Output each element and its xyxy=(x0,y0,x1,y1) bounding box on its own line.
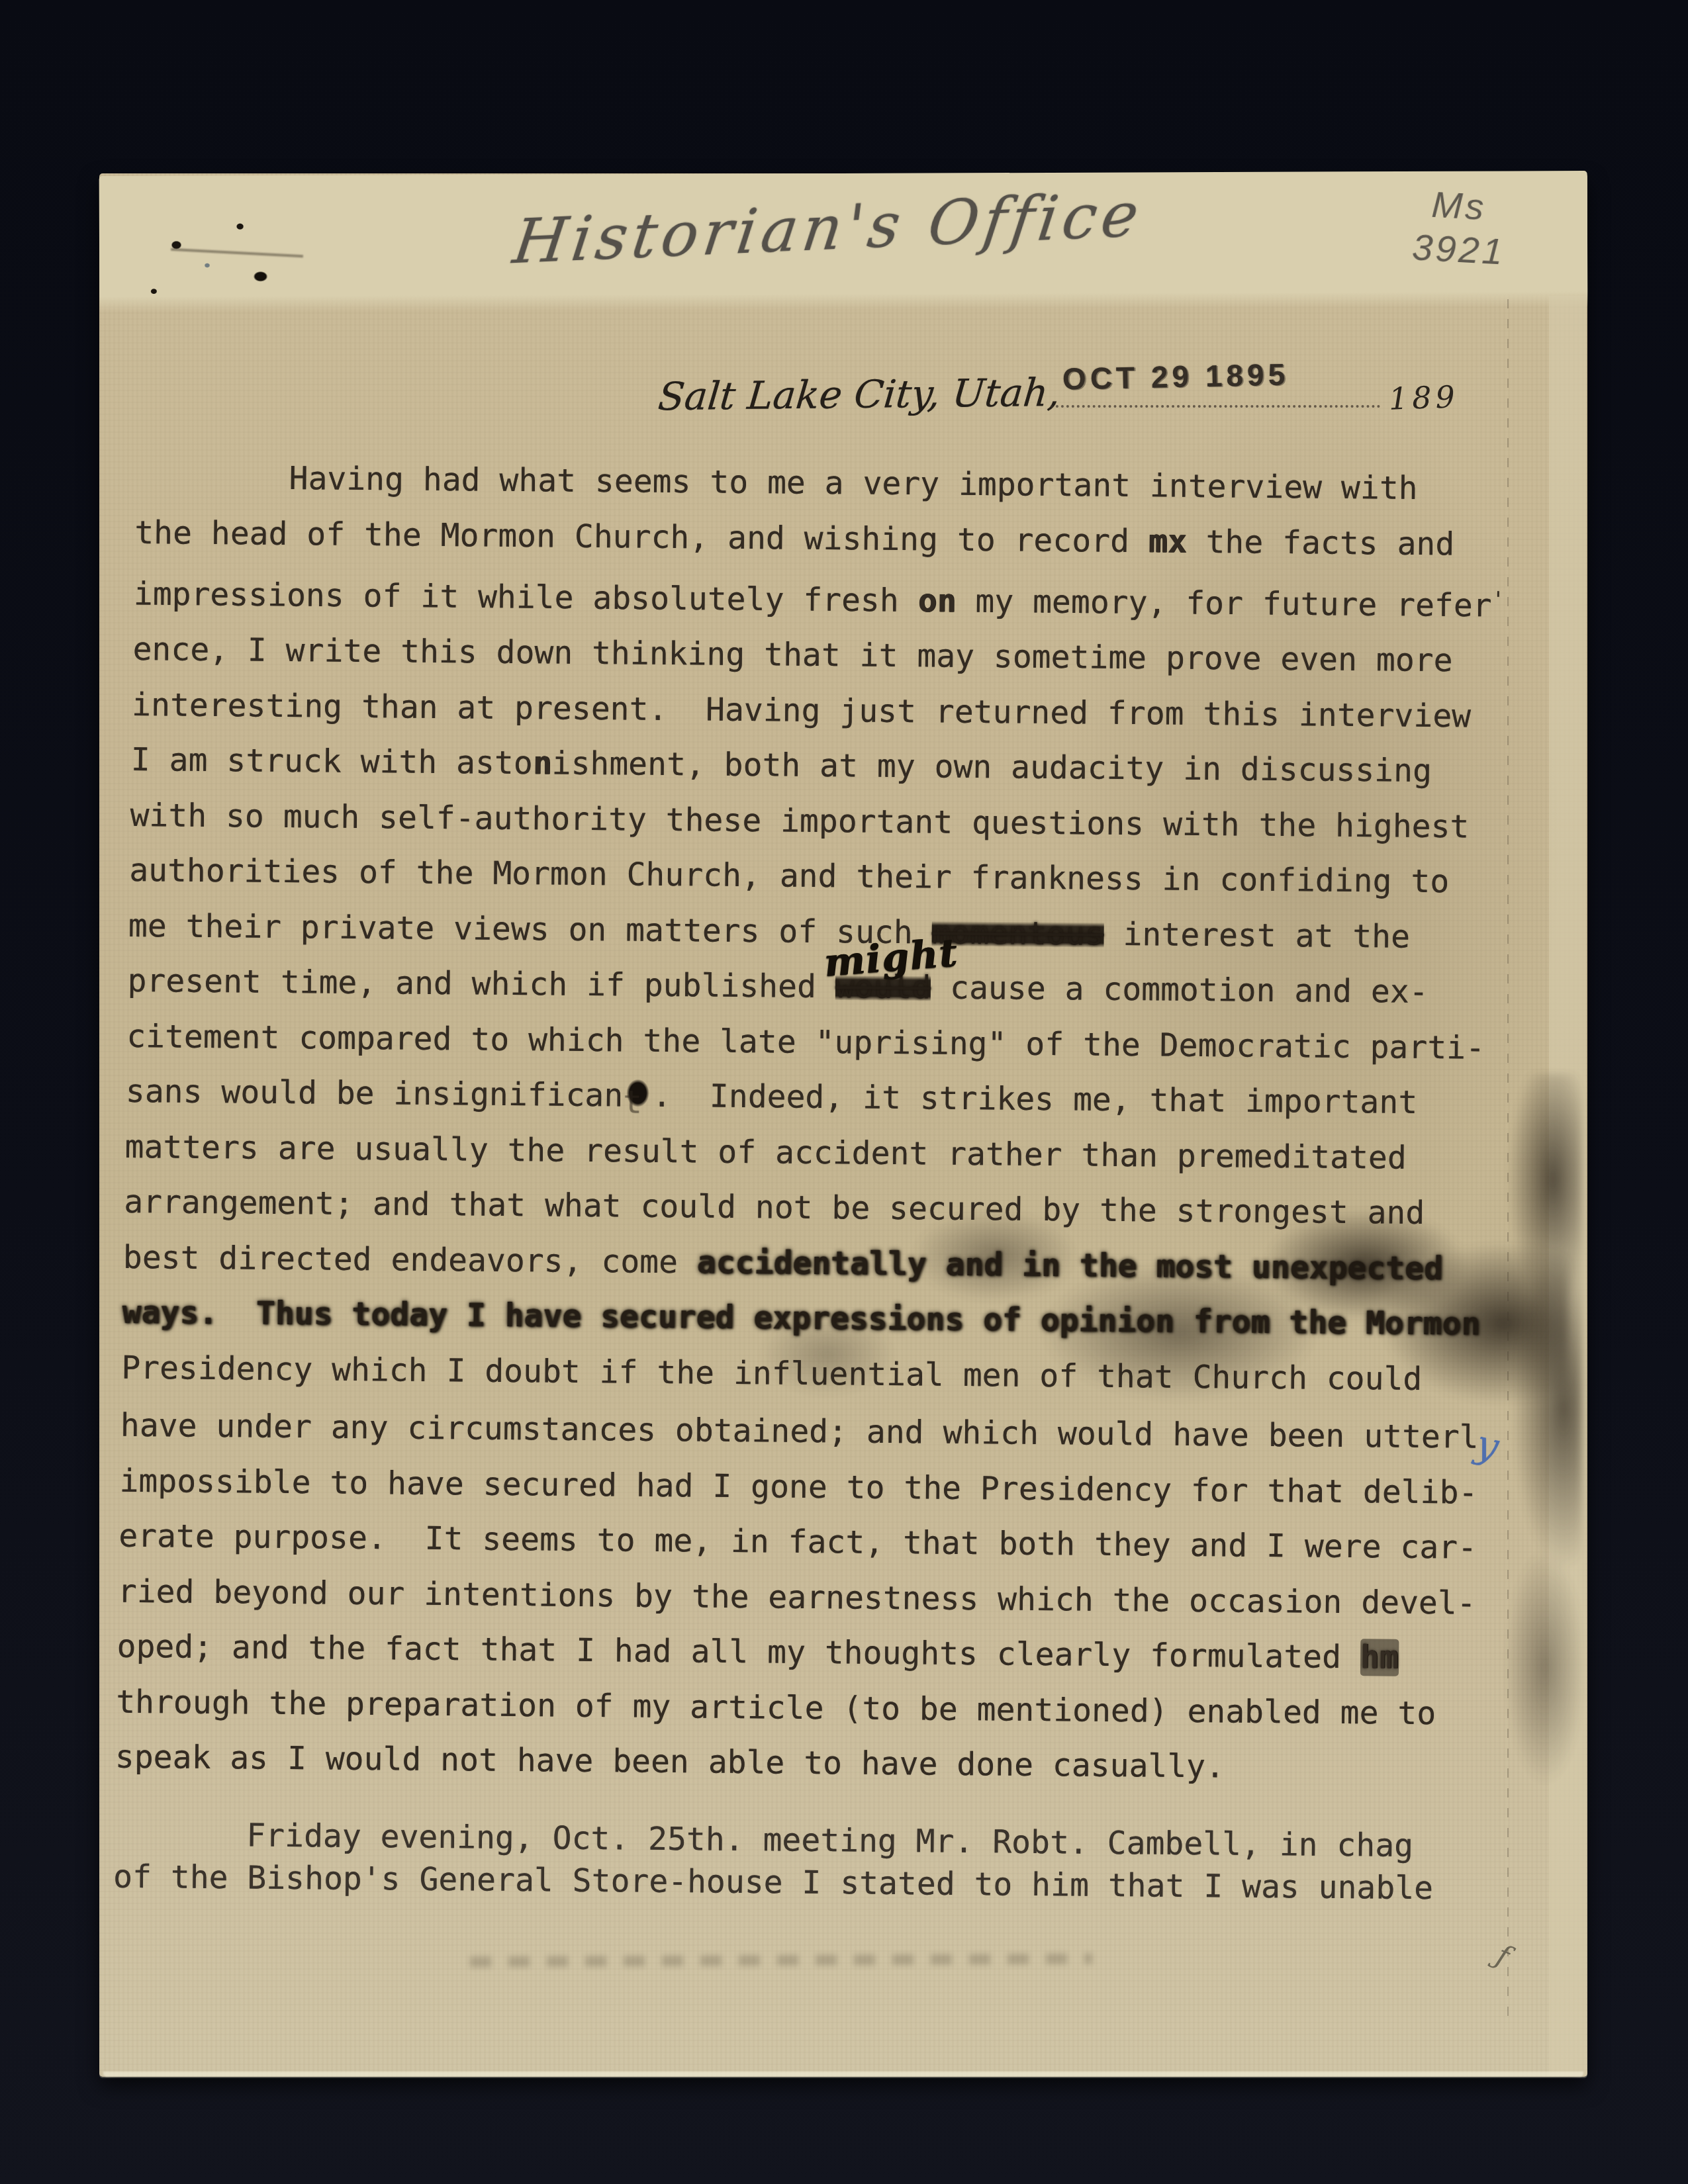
typed-segment: on xyxy=(917,582,956,620)
typed-segment: through the preparation of my article (t… xyxy=(116,1683,1436,1731)
typed-segment: Presidency which I doubt if the influent… xyxy=(121,1349,1423,1397)
handwritten-correction: might xyxy=(821,925,960,991)
typed-segment: speak as I would not have been able to h… xyxy=(115,1739,1225,1786)
typed-segment: sans would be insignifican xyxy=(126,1073,624,1115)
typed-segment: interest at the xyxy=(1103,915,1410,955)
archive-number-label: Ms xyxy=(1413,181,1509,230)
typed-segment: ' xyxy=(1492,588,1505,612)
typed-segment: matters are usually the result of accide… xyxy=(124,1128,1407,1176)
typed-segment: Friday evening, Oct. 25th. meeting Mr. R… xyxy=(246,1817,1413,1864)
typed-segment: cause a commotion and ex- xyxy=(931,970,1429,1011)
typed-segment: citement compared to which the late "upr… xyxy=(126,1018,1485,1067)
scan-background: { "header": { "handwriting": "Historian'… xyxy=(0,0,1688,2184)
typed-segment: me their private views on matters of suc… xyxy=(128,907,932,952)
typed-segment: of the Bishop's General Store-house I st… xyxy=(113,1858,1433,1906)
typed-segment: impossible to have secured had I gone to… xyxy=(119,1462,1477,1511)
letterhead-year-prefix: 189 xyxy=(1388,379,1460,417)
archive-number: Ms 3921 xyxy=(1411,181,1509,273)
typed-segment: the head of the Mormon Church, and wishi… xyxy=(134,514,1149,559)
typed-segment: interesting than at present. Having just… xyxy=(132,686,1471,735)
document-page: Historian's Office Ms 3921 Salt Lake Cit… xyxy=(99,173,1587,2077)
typed-segment: I am struck with asto xyxy=(131,741,533,782)
typed-segment: mx xyxy=(1149,523,1187,561)
typed-segment: n xyxy=(533,745,552,782)
typed-segment: t xyxy=(623,1075,652,1111)
typed-segment: wouldmight xyxy=(835,968,931,1006)
typed-segment: authorities of the Mormon Church, and th… xyxy=(129,852,1449,900)
date-stamp: OCT 29 1895 xyxy=(1062,356,1289,396)
typed-segment: oped; and the fact that I had all my tho… xyxy=(117,1628,1360,1676)
pencil-squiggle: ƒ xyxy=(1491,1938,1514,1974)
typed-segment: arrangement; and that what could not be … xyxy=(124,1183,1425,1232)
typed-segment: accidentally and in the most unexpected xyxy=(697,1244,1443,1287)
typed-segment: ried beyond our intentions by the earnes… xyxy=(118,1572,1476,1621)
typed-segment: the facts and xyxy=(1186,523,1454,563)
archive-number-value: 3921 xyxy=(1411,225,1507,273)
typed-segment: . Indeed, it strikes me, that important xyxy=(652,1077,1417,1121)
typed-segment: my memory, for future refer xyxy=(956,582,1492,624)
typed-segment: best directed endeavors, come xyxy=(123,1238,697,1281)
typed-segment: momentous xyxy=(931,914,1104,952)
typed-segment: ence, I write this down thinking that it… xyxy=(132,631,1452,679)
typed-segment: present time, and which if published xyxy=(127,962,835,1005)
fold-line xyxy=(1507,299,1509,2020)
typed-segment: hm xyxy=(1360,1639,1399,1676)
typed-segment: ways. Thus today I have secured expressi… xyxy=(122,1294,1480,1343)
typed-body: Having had what seems to me a very impor… xyxy=(123,450,1552,1910)
typed-segment: have under any circumstances obtained; a… xyxy=(120,1407,1479,1456)
typed-segment: with so much self-authority these import… xyxy=(130,797,1469,846)
typed-segment: impressions of it while absolutely fresh xyxy=(134,576,918,619)
faded-ghost-text xyxy=(470,1954,1092,1968)
paragraph: Friday evening, Oct. 25th. meeting Mr. R… xyxy=(123,1813,1540,1911)
letterhead-place: Salt Lake City, Utah, xyxy=(656,370,1062,419)
paragraph: Having had what seems to me a very impor… xyxy=(124,450,1552,1797)
typed-segment: ishment, both at my own audacity in disc… xyxy=(551,745,1432,790)
letterhead-dotted-line xyxy=(1051,405,1380,408)
typed-segment: erate purpose. It seems to me, in fact, … xyxy=(118,1518,1477,1567)
typed-segment: Having had what seems to me a very impor… xyxy=(289,460,1417,507)
